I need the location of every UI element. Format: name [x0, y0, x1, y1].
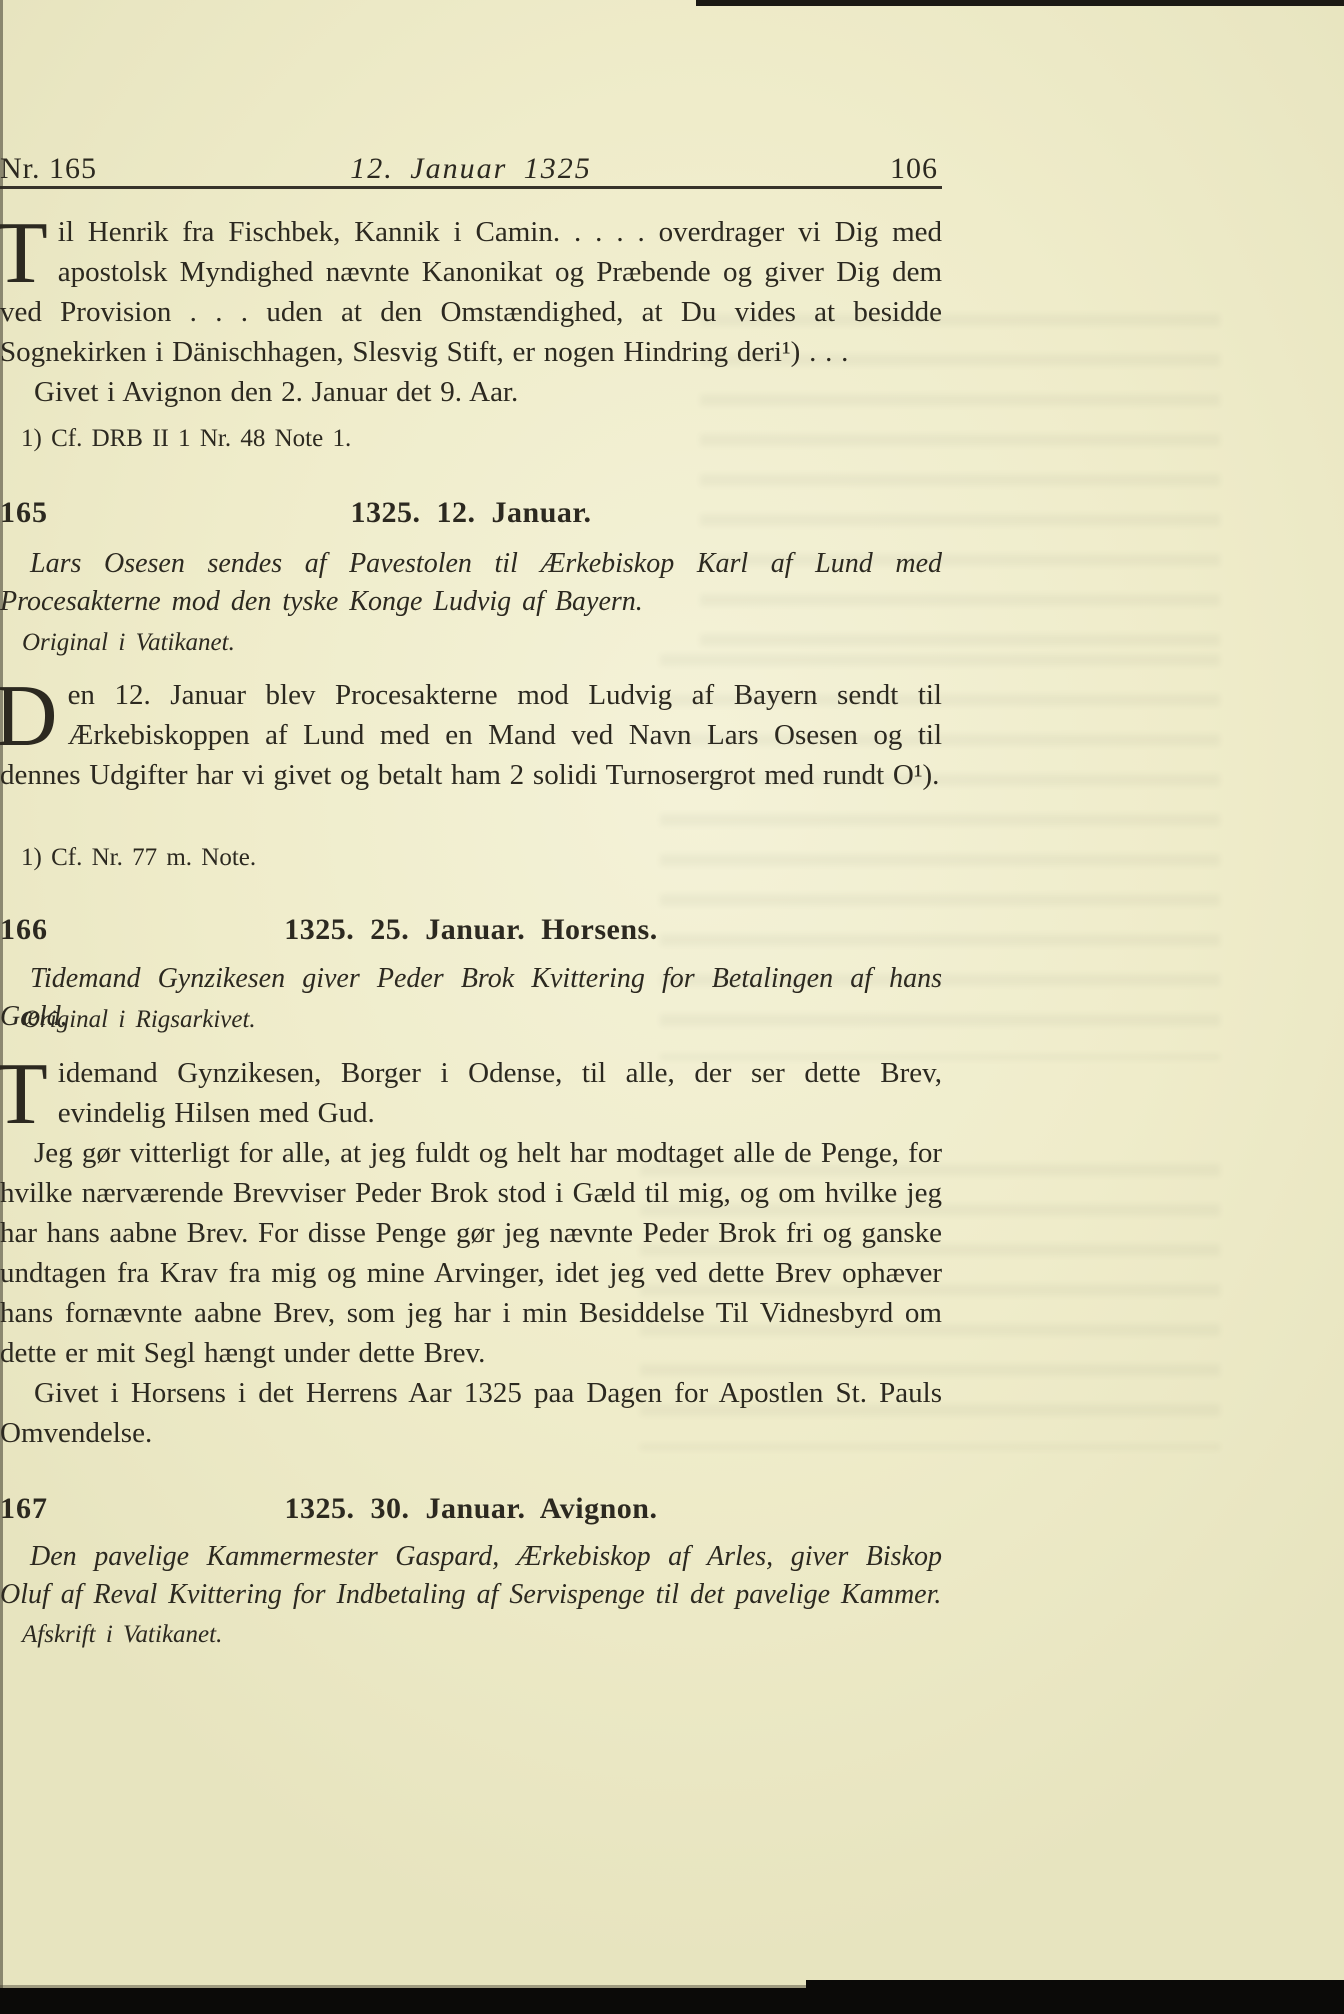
entry-167-heading: 167 1325. 30. Januar. Avignon.: [0, 1492, 942, 1524]
entry-164-paragraph: Til Henrik fra Fischbek, Kannik i Camin.…: [0, 212, 942, 372]
drop-cap: T: [0, 1059, 48, 1133]
drop-cap: D: [0, 681, 58, 755]
entry-166-body: Tidemand Gynzikesen, Borger i Odense, ti…: [0, 1053, 942, 1453]
entry-165-body: Den 12. Januar blev Procesakterne mod Lu…: [0, 675, 942, 795]
header-rule: [0, 186, 942, 189]
entry-165-paragraph: Den 12. Januar blev Procesakterne mod Lu…: [0, 675, 942, 795]
scan-edge-bottom-right: [806, 1980, 1344, 2014]
entry-166-date: 1325. 25. Januar. Horsens.: [0, 913, 942, 947]
entry-165-heading: 165 1325. 12. Januar.: [0, 496, 942, 528]
entry-166-paragraph-3: Givet i Horsens i det Herrens Aar 1325 p…: [0, 1373, 942, 1453]
entry-165-source: Original i Vatikanet.: [0, 628, 964, 658]
entry-166-source: Original i Rigsarkivet.: [0, 1005, 964, 1035]
entry-166-paragraph-2: Jeg gør vitterligt for alle, at jeg fuld…: [0, 1133, 942, 1373]
scan-edge-left: [0, 0, 3, 2014]
footnote-164: 1) Cf. DRB II 1 Nr. 48 Note 1.: [0, 424, 963, 454]
drop-cap: T: [0, 218, 48, 292]
entry-166-heading: 166 1325. 25. Januar. Horsens.: [0, 913, 942, 945]
footnote-165: 1) Cf. Nr. 77 m. Note.: [0, 843, 963, 873]
entry-164-dateline: Givet i Avignon den 2. Januar det 9. Aar…: [0, 372, 942, 412]
entry-164-text: il Henrik fra Fischbek, Kannik i Camin. …: [0, 216, 942, 368]
entry-166-paragraph-1: Tidemand Gynzikesen, Borger i Odense, ti…: [0, 1053, 942, 1133]
entry-164-body: Til Henrik fra Fischbek, Kannik i Camin.…: [0, 212, 942, 412]
entry-166-text-1: idemand Gynzikesen, Borger i Odense, til…: [58, 1057, 942, 1129]
entry-167-source: Afskrift i Vatikanet.: [0, 1620, 964, 1650]
page-number: 106: [890, 152, 938, 186]
running-header: Nr. 165 12. Januar 1325 106: [0, 152, 942, 186]
scanned-book-page: { "page": { "header": { "left": "Nr. 165…: [0, 0, 1344, 2014]
entry-165-text: en 12. Januar blev Procesakterne mod Lud…: [0, 679, 942, 791]
entry-167-date: 1325. 30. Januar. Avignon.: [0, 1492, 942, 1526]
entry-165-summary: Lars Osesen sendes af Pavestolen til Ærk…: [0, 545, 942, 621]
entry-167-summary: Den pavelige Kammermester Gaspard, Ærkeb…: [0, 1538, 942, 1614]
entry-165-date: 1325. 12. Januar.: [0, 496, 942, 530]
header-date-title: 12. Januar 1325: [0, 152, 942, 186]
scan-edge-top: [696, 0, 1344, 6]
